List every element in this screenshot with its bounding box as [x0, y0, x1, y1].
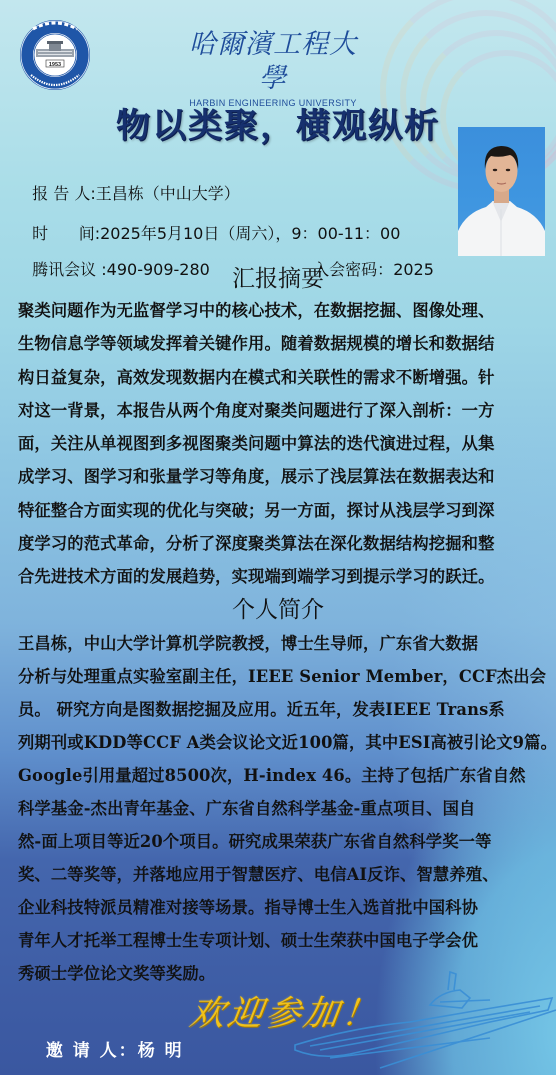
inviter-name: 杨 明 [138, 1041, 184, 1061]
bio-line: 员。 研究方向是图数据挖掘及应用。近五年，发表IEEE Trans系 [18, 693, 548, 726]
abstract-text: 聚类问题作为无监督学习中的核心技术，在数据挖掘、图像处理、 生物信息学等领域发挥… [18, 294, 548, 594]
bio-line: 科学基金-杰出青年基金、广东省自然科学基金-重点项目、国自 [18, 792, 548, 825]
bio-line: 然-面上项目等近20个项目。研究成果荣获广东省自然科学奖一等 [18, 825, 548, 858]
abstract-line: 成学习、图学习和张量学习等角度，展示了浅层算法在数据表达和 [18, 460, 548, 493]
svg-text:1953: 1953 [49, 62, 61, 68]
inviter: 邀 请 人：杨 明 [30, 1016, 184, 1061]
abstract-line: 面，关注从单视图到多视图聚类问题中算法的迭代演进过程，从集 [18, 427, 548, 460]
abstract-line: 构日益复杂，高效发现数据内在模式和关联性的需求不断增强。针 [18, 361, 548, 394]
bio-line: 列期刊或KDD等CCF A类会议论文近100篇，其中ESI高被引论文9篇。 [18, 726, 548, 759]
abstract-line: 度学习的范式革命，分析了深度聚类算法在深化数据结构挖掘和整 [18, 527, 548, 560]
speaker-value: 王昌栋（中山大学） [96, 184, 240, 203]
speaker-photo [458, 127, 545, 256]
inviter-label: 邀 请 人： [46, 1041, 138, 1061]
abstract-line: 合先进技术方面的发展趋势，实现端到端学习到提示学习的跃迁。 [18, 560, 548, 593]
university-brand: 哈爾濱工程大學 HARBIN ENGINEERING UNIVERSITY [178, 28, 368, 108]
speaker-row: 报 告 人:王昌栋（中山大学） [22, 162, 240, 204]
bio-line: 王昌栋，中山大学计算机学院教授，博士生导师，广东省大数据 [18, 627, 548, 660]
welcome-text: 欢迎参加！ [186, 986, 383, 1036]
brand-name-cn: 哈爾濱工程大學 [178, 28, 368, 96]
speaker-portrait-icon [458, 127, 545, 256]
bio-line: Google引用量超过8500次，H-index 46。主持了包括广东省自然 [18, 759, 548, 792]
abstract-line: 生物信息学等领域发挥着关键作用。随着数据规模的增长和数据结 [18, 327, 548, 360]
abstract-title: 汇报摘要 [0, 260, 556, 293]
bio-line: 分析与处理重点实验室副主任，IEEE Senior Member，CCF杰出会 [18, 660, 548, 693]
abstract-line: 对这一背景，本报告从两个角度对聚类问题进行了深入剖析：一方 [18, 394, 548, 427]
bio-line: 奖、二等奖等，并落地应用于智慧医疗、电信AI反诈、智慧养殖、 [18, 858, 548, 891]
speaker-label: 报 告 人: [32, 184, 96, 203]
bio-title: 个人简介 [0, 591, 556, 624]
bio-line: 企业科技特派员精准对接等场景。指导博士生入选首批中国科协 [18, 891, 548, 924]
bio-text: 王昌栋，中山大学计算机学院教授，博士生导师，广东省大数据 分析与处理重点实验室副… [18, 627, 548, 990]
university-seal-icon: 1953 [19, 19, 91, 91]
abstract-line: 特征整合方面实现的优化与突破；另一方面，探讨从浅层学习到深 [18, 494, 548, 527]
abstract-line: 聚类问题作为无监督学习中的核心技术，在数据挖掘、图像处理、 [18, 294, 548, 327]
